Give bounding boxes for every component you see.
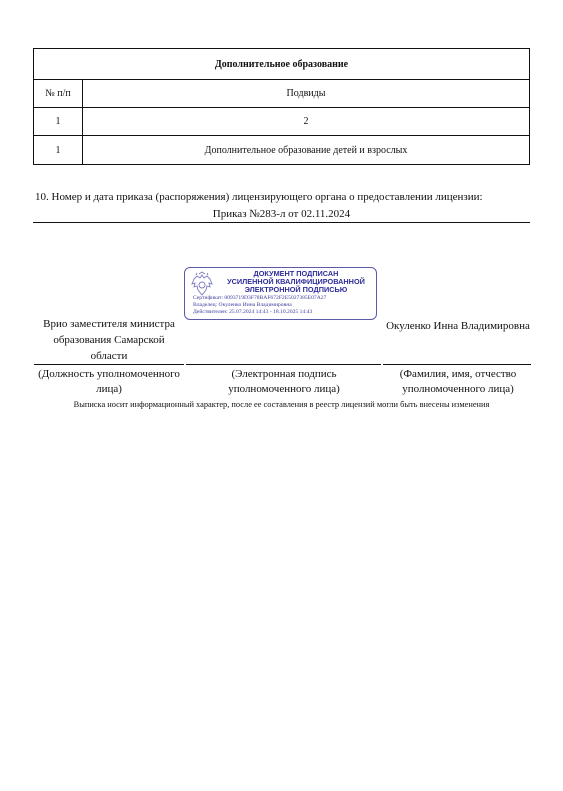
- position-line: [34, 364, 184, 365]
- signer-name: Окуленко Инна Владимировна: [383, 318, 533, 334]
- table-row: 1 Дополнительное образование детей и взр…: [34, 136, 530, 165]
- stamp-certificate: Сертификат: 0093719D3F78BAF672F2E5027385…: [193, 295, 326, 302]
- stamp-owner: Владелец: Окуленко Инна Владимировна: [193, 302, 292, 309]
- stamp-line-3: ЭЛЕКТРОННОЙ ПОДПИСЬЮ: [217, 286, 375, 294]
- license-order: Приказ №283-л от 02.11.2024: [33, 208, 530, 223]
- caption-signature: (Электронная подпись уполномоченного лиц…: [200, 367, 368, 397]
- stamp-validity: Действителен: 25.07.2024 14:43 - 18.10.2…: [193, 309, 312, 316]
- header-subtypes: Подвиды: [83, 80, 530, 108]
- electronic-signature-stamp: ДОКУМЕНТ ПОДПИСАН УСИЛЕННОЙ КВАЛИФИЦИРОВ…: [184, 267, 377, 320]
- caption-position: (Должность уполномоченного лица): [34, 367, 184, 397]
- disclaimer-note: Выписка носит информационный характер, п…: [33, 400, 530, 409]
- row-index: 1: [34, 136, 83, 165]
- subtypes-table: Дополнительное образование № п/п Подвиды…: [33, 48, 530, 165]
- header-number: № п/п: [34, 80, 83, 108]
- signature-line: [186, 364, 381, 365]
- section-10-heading: 10. Номер и дата приказа (распоряжения) …: [35, 191, 483, 203]
- column-number-2: 2: [83, 108, 530, 136]
- signer-position: Врио заместителя министра образования Са…: [34, 316, 184, 364]
- row-subtype: Дополнительное образование детей и взрос…: [83, 136, 530, 165]
- table-title: Дополнительное образование: [34, 49, 530, 80]
- name-line: [383, 364, 531, 365]
- caption-name: (Фамилия, имя, отчество уполномоченного …: [383, 367, 533, 397]
- column-number-1: 1: [34, 108, 83, 136]
